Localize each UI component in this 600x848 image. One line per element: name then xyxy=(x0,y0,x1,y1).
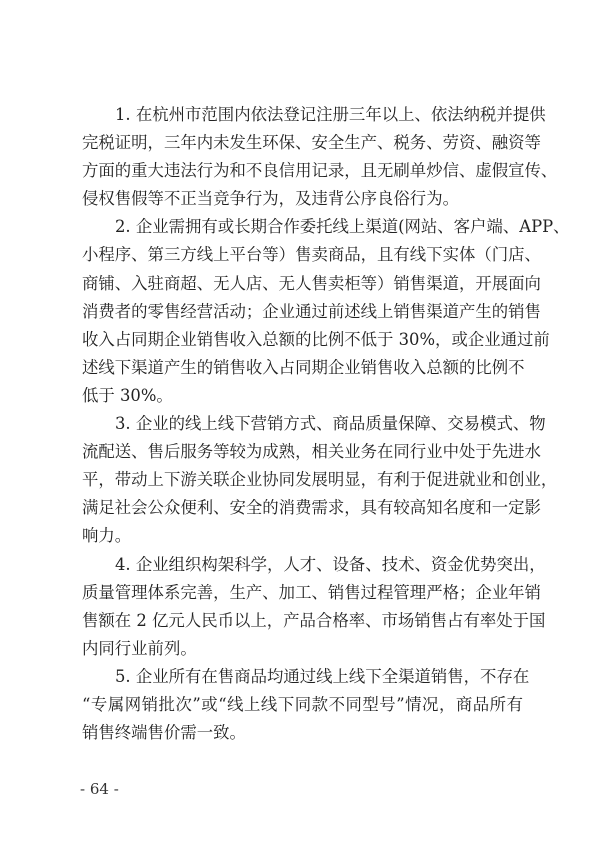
paragraph-line: 响力。 xyxy=(82,522,523,550)
paragraph-line: 流配送、售后服务等较为成熟，相关业务在同行业中处于先进水 xyxy=(82,438,523,466)
paragraph-2: 2. 企业需拥有或长期合作委托线上渠道(网站、客户端、APP、 小程序、第三方线… xyxy=(82,213,523,410)
paragraph-line: 1. 在杭州市范围内依法登记注册三年以上、依法纳税并提供 xyxy=(82,101,523,129)
paragraph-1: 1. 在杭州市范围内依法登记注册三年以上、依法纳税并提供 完税证明，三年内未发生… xyxy=(82,101,523,213)
paragraph-line: 质量管理体系完善，生产、加工、销售过程管理严格；企业年销 xyxy=(82,579,523,607)
paragraph-line: 消费者的零售经营活动；企业通过前述线上销售渠道产生的销售 xyxy=(82,298,523,326)
paragraph-4: 4. 企业组织构架科学，人才、设备、技术、资金优势突出， 质量管理体系完善，生产… xyxy=(82,551,523,663)
paragraph-line: 3. 企业的线上线下营销方式、商品质量保障、交易模式、物 xyxy=(82,410,523,438)
paragraph-line: 内同行业前列。 xyxy=(82,635,523,663)
paragraph-line: 方面的重大违法行为和不良信用记录，且无刷单炒信、虚假宣传、 xyxy=(82,157,523,185)
paragraph-5: 5. 企业所有在售商品均通过线上线下全渠道销售，不存在 “专属网销批次”或“线上… xyxy=(82,663,523,747)
paragraph-line: 收入占同期企业销售收入总额的比例不低于 30%，或企业通过前 xyxy=(82,326,523,354)
paragraph-3: 3. 企业的线上线下营销方式、商品质量保障、交易模式、物 流配送、售后服务等较为… xyxy=(82,410,523,550)
paragraph-line: 低于 30%。 xyxy=(82,382,523,410)
paragraph-line: “专属网销批次”或“线上线下同款不同型号”情况，商品所有 xyxy=(82,691,523,719)
paragraph-line: 4. 企业组织构架科学，人才、设备、技术、资金优势突出， xyxy=(82,551,523,579)
paragraph-line: 侵权售假等不正当竞争行为，及违背公序良俗行为。 xyxy=(82,185,523,213)
paragraph-line: 商铺、入驻商超、无人店、无人售卖柜等）销售渠道，开展面向 xyxy=(82,270,523,298)
paragraph-line: 5. 企业所有在售商品均通过线上线下全渠道销售，不存在 xyxy=(82,663,523,691)
page-number: - 64 - xyxy=(80,780,119,798)
paragraph-line: 述线下渠道产生的销售收入占同期企业销售收入总额的比例不 xyxy=(82,354,523,382)
paragraph-line: 售额在 2 亿元人民币以上，产品合格率、市场销售占有率处于国 xyxy=(82,607,523,635)
document-body: 1. 在杭州市范围内依法登记注册三年以上、依法纳税并提供 完税证明，三年内未发生… xyxy=(82,101,523,747)
paragraph-line: 小程序、第三方线上平台等）售卖商品，且有线下实体（门店、 xyxy=(82,241,523,269)
paragraph-line: 销售终端售价需一致。 xyxy=(82,719,523,747)
paragraph-line: 满足社会公众便利、安全的消费需求，具有较高知名度和一定影 xyxy=(82,494,523,522)
paragraph-line: 完税证明，三年内未发生环保、安全生产、税务、劳资、融资等 xyxy=(82,129,523,157)
paragraph-line: 平，带动上下游关联企业协同发展明显，有利于促进就业和创业， xyxy=(82,466,523,494)
paragraph-line: 2. 企业需拥有或长期合作委托线上渠道(网站、客户端、APP、 xyxy=(82,213,523,241)
